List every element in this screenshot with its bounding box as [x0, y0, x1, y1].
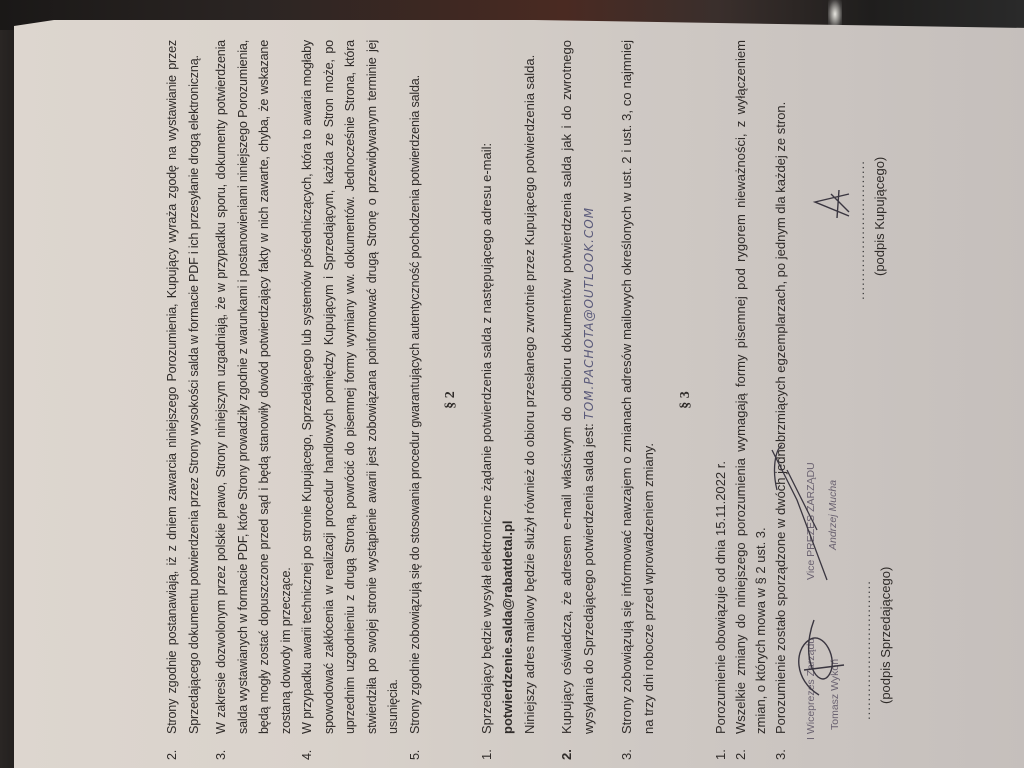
section-1-continued: 2. Strony zgodnie postanawiają, iż z dni… [162, 40, 426, 760]
section-1-item: 2. Strony zgodnie postanawiają, iż z dni… [162, 40, 205, 760]
section-3-heading: § 3 [675, 40, 697, 760]
document-content: 2. Strony zgodnie postanawiają, iż z dni… [162, 40, 942, 760]
item-text: Strony zgodnie zobowiązują się do stosow… [405, 40, 427, 734]
item-text: Porozumienie obowiązuje od dnia 15.11.20… [711, 40, 731, 734]
item-text: Sprzedający będzie wysyłał elektroniczne… [476, 40, 541, 734]
signature-area: I Wiceprezes Zarządu Tomasz Wykoń Vice P… [797, 40, 917, 760]
buyer-handwritten-email: TOM.PACHOTA@OUTLOOK.COM [582, 207, 596, 420]
item-text: Wszelkie zmiany do niniejszego porozumie… [731, 40, 771, 734]
buyer-signature-scribble [809, 184, 853, 224]
item-number: 2. [556, 734, 600, 760]
item-number: 2. [731, 734, 771, 760]
seller-signature-line: .............................. [855, 580, 877, 720]
seller-signature-scribble-1 [789, 610, 849, 700]
section-2-item: 3. Strony zobowiązują się informować naw… [616, 40, 659, 760]
item-number: 1. [476, 734, 541, 760]
item-text: W przypadku awarii technicznej po stroni… [297, 40, 405, 734]
buyer-signature-caption: (podpis Kupującego) [869, 157, 891, 276]
section-3: 1. Porozumienie obowiązuje od dnia 15.11… [711, 40, 791, 760]
buyer-signature-block: .............................. (podpis K… [805, 80, 915, 300]
section-1-item: 5. Strony zgodnie zobowiązują się do sto… [405, 40, 427, 760]
item-number: 1. [711, 734, 731, 760]
document-page: 2. Strony zgodnie postanawiają, iż z dni… [14, 20, 1024, 768]
section-2-item: 1. Sprzedający będzie wysyłał elektronic… [476, 40, 541, 760]
buyer-signature-line: .............................. [849, 160, 871, 300]
seller-email-address: potwierdzenie.salda@rabatdetal.pl [500, 520, 515, 734]
item-number: 3. [771, 734, 791, 760]
section-1-item: 3. W zakresie dozwolonym przez polskie p… [211, 40, 297, 760]
item-text: Strony zobowiązują się informować nawzaj… [616, 40, 659, 734]
item-text: Kupujący oświadcza, że adresem e-mail wł… [556, 40, 600, 734]
seller-signature-scribble-2 [767, 440, 837, 590]
section-1-item: 4. W przypadku awarii technicznej po str… [297, 40, 405, 760]
section-2-heading: § 2 [440, 40, 462, 760]
item-text: Porozumienie zostało sporządzone w dwóch… [771, 40, 791, 734]
item-text: W zakresie dozwolonym przez polskie praw… [211, 40, 297, 734]
seller-signature-block: I Wiceprezes Zarządu Tomasz Wykoń Vice P… [797, 440, 917, 740]
seller-email-note: Niniejszy adres mailowy będzie służył ró… [522, 55, 537, 734]
seller-email-intro: Sprzedający będzie wysyłał elektroniczne… [479, 143, 494, 734]
section-2: 1. Sprzedający będzie wysyłał elektronic… [476, 40, 660, 760]
background-light [828, 0, 842, 28]
section-2-item: 2. Kupujący oświadcza, że adresem e-mail… [556, 40, 600, 760]
item-text: Strony zgodnie postanawiają, iż z dniem … [162, 40, 205, 734]
section-3-item: 3. Porozumienie zostało sporządzone w dw… [771, 40, 791, 760]
item-number: 3. [616, 734, 659, 760]
section-3-item: 1. Porozumienie obowiązuje od dnia 15.11… [711, 40, 731, 760]
item-number: 5. [405, 734, 427, 760]
item-number: 2. [162, 734, 205, 760]
section-3-item: 2. Wszelkie zmiany do niniejszego porozu… [731, 40, 771, 760]
seller-signature-caption: (podpis Sprzedającego) [875, 567, 897, 704]
item-number: 3. [211, 734, 297, 760]
item-number: 4. [297, 734, 405, 760]
